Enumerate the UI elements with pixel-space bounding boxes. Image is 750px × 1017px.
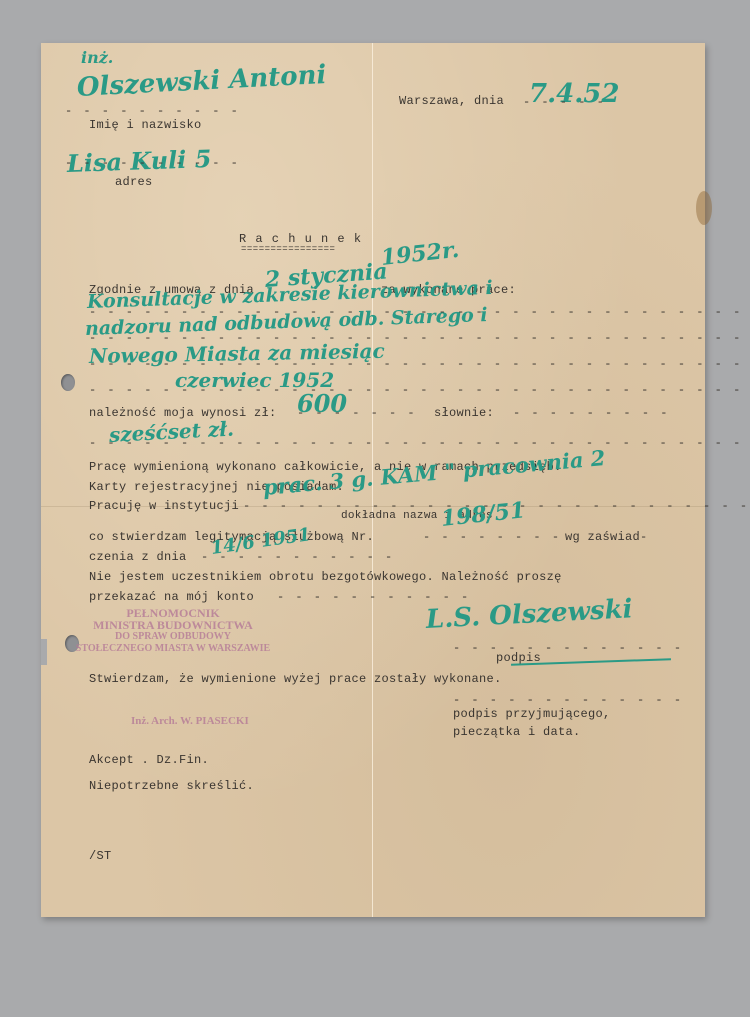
confirmation-text: Stwierdzam, że wymienione wyżej prace zo… (89, 672, 502, 686)
stamp-signatory: Inż. Arch. W. PIASECKI (131, 715, 249, 727)
amount-label: należność moja wynosi zł: (89, 406, 277, 420)
city-date-label: Warszawa, dnia (399, 94, 504, 108)
institution-label: Pracuję w instytucji (89, 499, 239, 513)
agreement-year-handwritten: 1952r. (380, 237, 461, 271)
receiver-label-1: podpis przyjmującego, (453, 707, 611, 721)
stamp-line-4: STOŁECZNEGO MIASTA W WARSZAWIE (63, 643, 283, 655)
name-label: Imię i nazwisko (89, 118, 202, 132)
accept-line: Akcept . Dz.Fin. (89, 753, 209, 767)
address-label: adres (115, 175, 153, 189)
name-dash-line: - - - - - - - - - - (65, 104, 240, 118)
typist-initials: /ST (89, 849, 112, 863)
account-dash: - - - - - - - - - - - (277, 590, 470, 604)
punch-hole-top (61, 374, 75, 391)
institution-handwritten: prac. 3 g. KAM " pracownia 2 (262, 445, 606, 500)
name-handwritten: Olszewski Antoni (76, 60, 327, 103)
amount-dash: - - - - - - - (297, 406, 417, 420)
work-dash-4: - - - - - - - - - - - - - - - - - - - - … (89, 383, 742, 397)
torn-edge (41, 639, 47, 665)
title-underline: ================ (241, 244, 335, 254)
amount-words-dash-2: - - - - - - - - - - - - - - - - - - - - … (89, 436, 742, 450)
stamp-line-2: MINISTRA BUDOWNICTWA (63, 619, 283, 631)
amount-words-dash: - - - - - - - - - (513, 406, 669, 420)
stamp-line-3: DO SPRAW ODBUDOWY (63, 631, 283, 643)
strike-note: Niepotrzebne skreślić. (89, 779, 254, 793)
id-dash: - - - - - - - - (423, 530, 561, 544)
receiver-signature-dash: - - - - - - - - - - - - - (453, 693, 683, 707)
title-prefix-handwritten: inż. (81, 48, 113, 67)
certificate-date-label: czenia z dnia (89, 550, 187, 564)
stain-mark (696, 191, 712, 225)
document-page: inż. Olszewski Antoni - - - - - - - - - … (41, 43, 705, 917)
receiver-label-2: pieczątka i data. (453, 725, 581, 739)
signature-label: podpis (496, 651, 541, 665)
certificate-label: wg zaświad- (565, 530, 648, 544)
amount-words-label: słownie: (434, 406, 494, 420)
address-dash-line: - - - - - - - - - - (65, 156, 240, 170)
account-label: przekazać na mój konto (89, 590, 254, 604)
signature-dash: - - - - - - - - - - - - - (453, 641, 683, 655)
official-stamp: PEŁNOMOCNIK MINISTRA BUDOWNICTWA DO SPRA… (63, 607, 283, 655)
date-dash-line: - - - - - (523, 95, 606, 109)
declaration-line-6: Nie jestem uczestnikiem obrotu bezgotówk… (89, 570, 562, 584)
